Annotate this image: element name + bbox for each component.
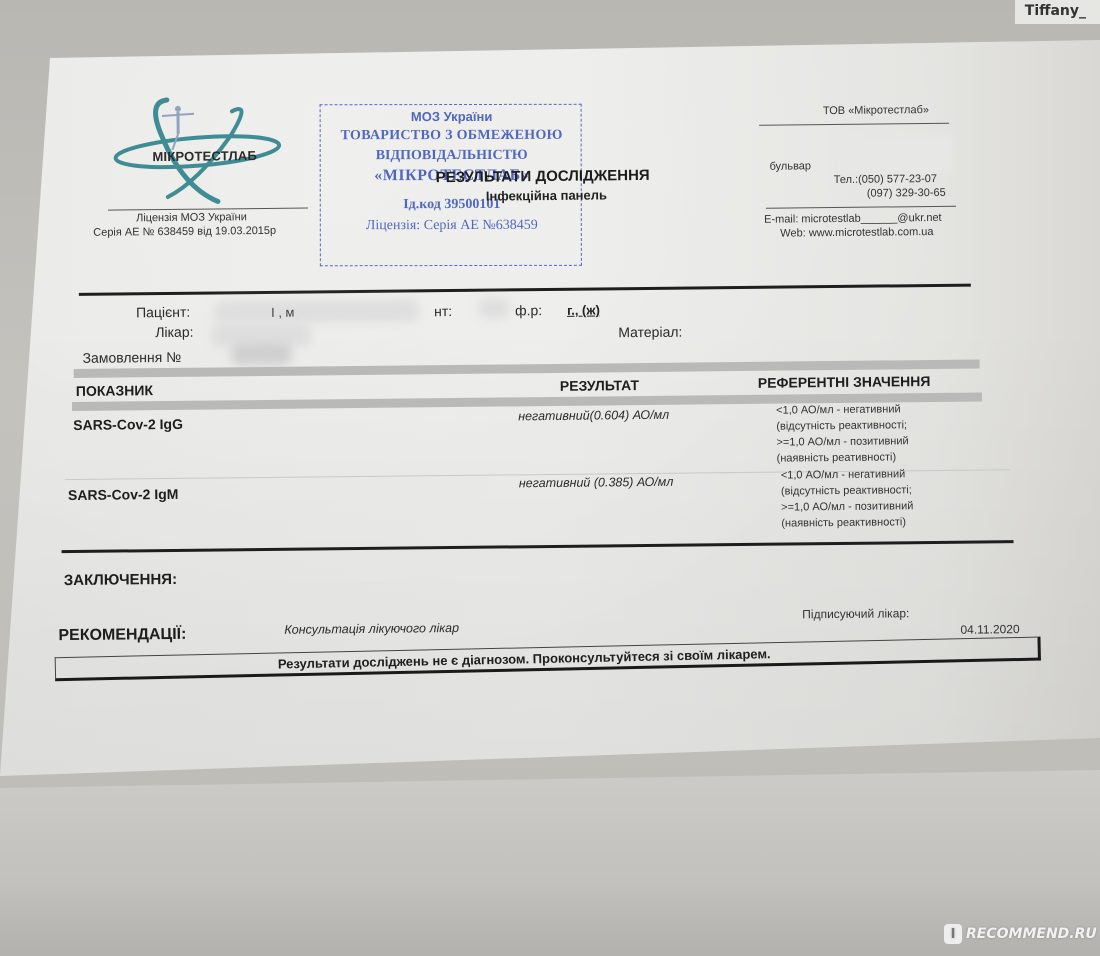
redacted-patient-name [214, 299, 419, 323]
report-subtitle: Інфекційна панель [486, 187, 607, 203]
reference-line: (наявність реативності) [777, 448, 997, 466]
license-line-1: Ліцензія МОЗ України [136, 211, 247, 224]
result-igg: негативний(0.604) АО/мл [518, 408, 669, 424]
recommendations-label: РЕКОМЕНДАЦІЇ: [58, 626, 186, 645]
disclaimer-box: Результати досліджень не є діагнозом. Пр… [55, 637, 1041, 682]
nt-label: нт: [434, 303, 452, 319]
signing-doctor-label: Підписуючий лікар: [802, 606, 909, 621]
order-label: Замовлення № [82, 349, 181, 366]
section-divider [62, 540, 1014, 553]
company-website: Web: www.microtestlab.com.ua [780, 226, 933, 240]
reference-igg: <1,0 АО/мл - негативний (відсутність реа… [776, 400, 997, 466]
fr-label: ф.р: [515, 302, 542, 318]
column-header-indicator: ПОКАЗНИК [76, 382, 153, 399]
stamp-line: Ліцензія: Серія АЕ №638459 [321, 218, 583, 234]
company-name: ТОВ «Мікротестлаб» [823, 104, 929, 117]
indicator-igm: SARS-Cov-2 IgM [68, 486, 179, 503]
company-email: E-mail: microtestlab______@ukr.net [764, 212, 942, 226]
reference-igm: <1,0 АО/мл - негативний (відсутність реа… [781, 465, 1002, 531]
patient-name-fragment: І , м [271, 305, 295, 320]
disclaimer-text: Результати досліджень не є діагнозом. Пр… [278, 646, 771, 671]
conclusion-label: ЗАКЛЮЧЕННЯ: [64, 571, 177, 589]
report-title: РЕЗУЛЬТАТИ ДОСЛІДЖЕННЯ [436, 167, 650, 186]
redacted-order-number [231, 343, 291, 366]
company-phone-1: Тел.:(050) 577-23-07 [834, 173, 937, 186]
logo-text: МІКРОТЕСТЛАБ [152, 148, 257, 164]
irecommend-logo-icon: I [944, 924, 962, 944]
recommendations-value: Консультація лікуючого лікар [284, 621, 459, 637]
divider [766, 206, 956, 209]
result-igm: негативний (0.385) АО/мл [519, 475, 674, 491]
stamp-line: ТОВАРИСТВО З ОБМЕЖЕНОЮ [321, 128, 583, 144]
column-header-reference: РЕФЕРЕНТНІ ЗНАЧЕННЯ [758, 373, 931, 391]
stamp-line: ВІДПОВІДАЛЬНІСТЮ [321, 148, 583, 164]
username-tag: Tiffany_ [1015, 0, 1100, 24]
watermark-text: RECOMMEND.RU [966, 926, 1097, 942]
redacted-field [479, 298, 509, 318]
doctor-label: Лікар: [155, 324, 193, 340]
patient-label: Пацієнт: [136, 304, 190, 321]
indicator-igg: SARS-Cov-2 IgG [73, 416, 183, 433]
report-date: 04.11.2020 [960, 622, 1019, 637]
license-line-2: Серія АЕ № 638459 від 19.03.2015р [93, 225, 276, 239]
divider [108, 208, 308, 211]
column-header-result: РЕЗУЛЬТАТ [560, 377, 639, 394]
section-divider [79, 284, 971, 296]
redacted-address [832, 136, 952, 175]
material-label: Матеріал: [618, 324, 682, 341]
patient-sex: г., (ж) [567, 302, 600, 317]
divider [759, 123, 949, 126]
reference-line: (наявність реактивності) [781, 513, 1001, 531]
stamp-line: МОЗ України [321, 109, 583, 124]
site-watermark: I RECOMMEND.RU [944, 924, 1097, 944]
lab-logo: МІКРОТЕСТЛАБ [112, 91, 288, 208]
lab-report-document: МІКРОТЕСТЛАБ Ліцензія МОЗ України Серія … [0, 0, 1100, 806]
company-phone-2: (097) 329-30-65 [867, 187, 946, 200]
company-address: бульвар [770, 160, 812, 172]
